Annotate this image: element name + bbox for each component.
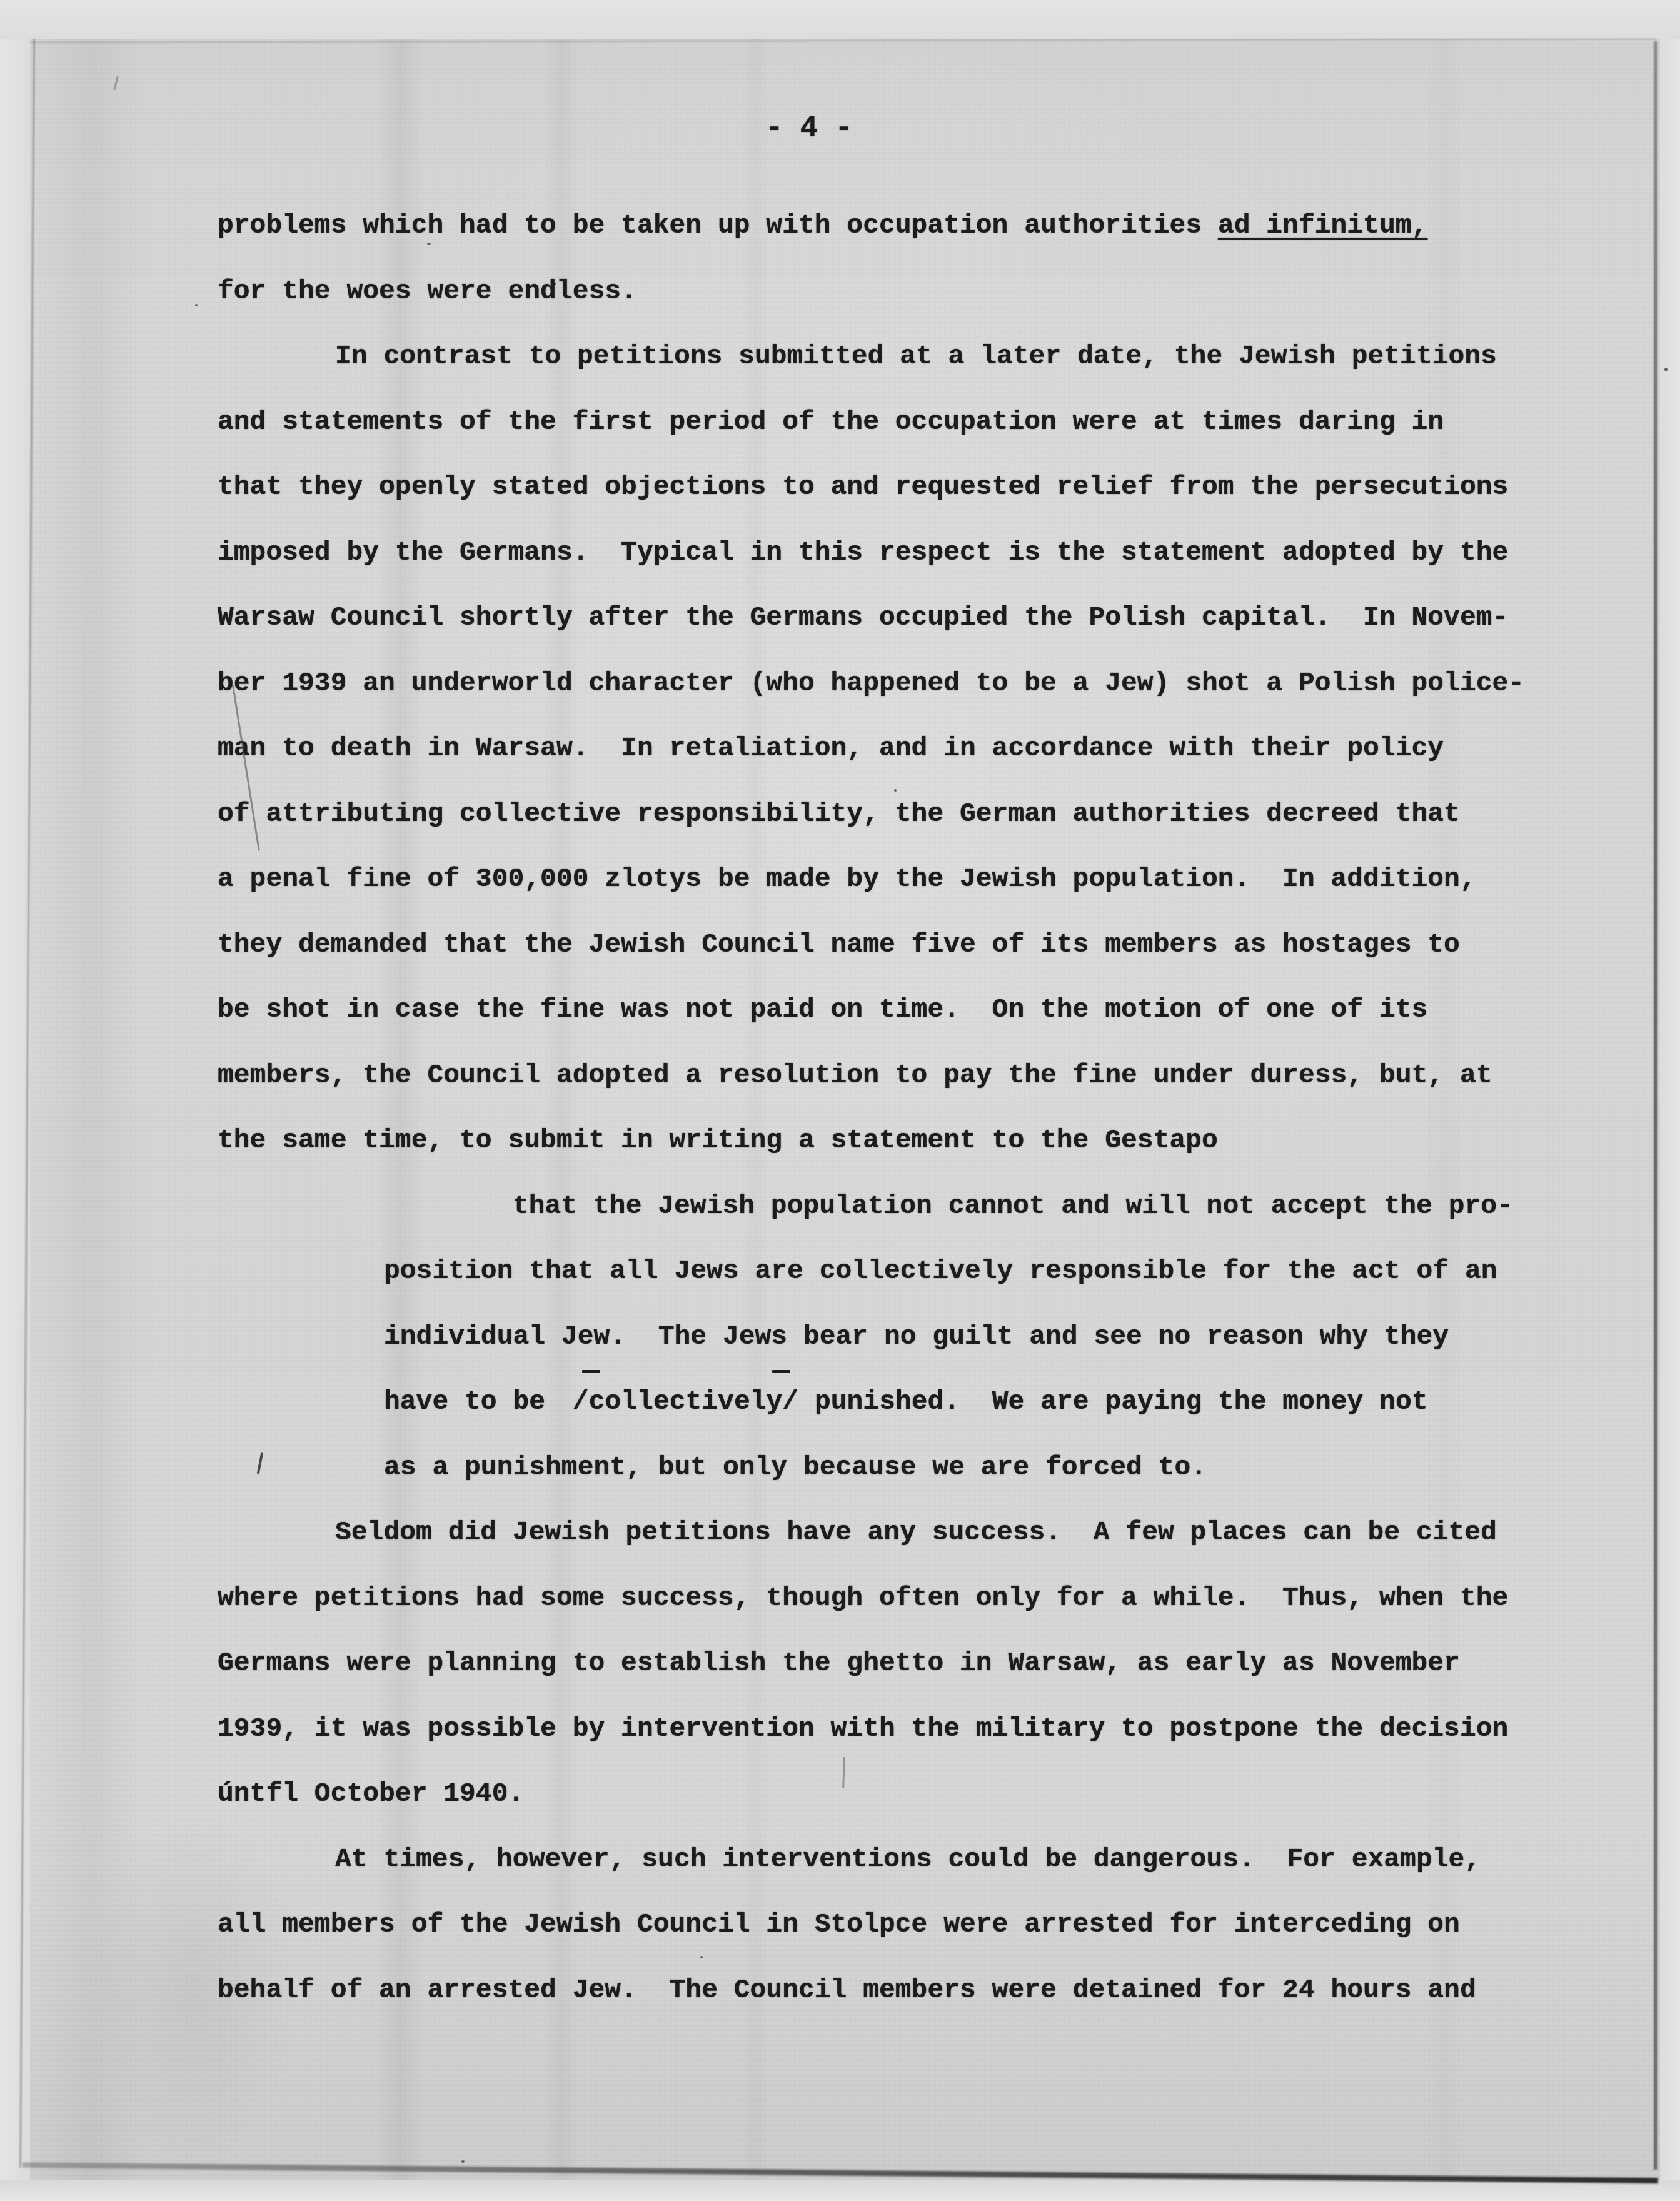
text-line: 1939, it was possible by intervention wi… bbox=[218, 1696, 1599, 1762]
text-line: they demanded that the Jewish Council na… bbox=[218, 912, 1599, 978]
text-line: Warsaw Council shortly after the Germans… bbox=[218, 585, 1599, 651]
text-line: At times, however, such interventions co… bbox=[218, 1827, 1599, 1893]
text-bracket-open: / bbox=[573, 1369, 589, 1435]
text-underline: ad infinitum, bbox=[1218, 210, 1427, 241]
text-run: that they openly stated objections to an… bbox=[218, 471, 1508, 502]
text-run: At times, however, such interventions co… bbox=[335, 1844, 1481, 1875]
text-line: members, the Council adopted a resolutio… bbox=[218, 1043, 1599, 1109]
text-line: ber 1939 an underworld character (who ha… bbox=[218, 651, 1599, 717]
text-line: for the woes were endless. bbox=[218, 259, 1599, 325]
text-bracket-close: / bbox=[782, 1369, 798, 1435]
scan-speck bbox=[1664, 368, 1668, 371]
text-line: as a punishment, but only because we are… bbox=[218, 1435, 1599, 1501]
text-run: position that all Jews are collectively … bbox=[384, 1256, 1497, 1286]
text-line: man to death in Warsaw. In retaliation, … bbox=[218, 716, 1599, 782]
text-run: behalf of an arrested Jew. The Council m… bbox=[218, 1975, 1476, 2005]
text-line: that the Jewish population cannot and wi… bbox=[218, 1174, 1599, 1239]
text-run: all members of the Jewish Council in Sto… bbox=[218, 1909, 1460, 1940]
scan-margin-top bbox=[0, 0, 1680, 39]
text-run: 1939, it was possible by intervention wi… bbox=[218, 1713, 1508, 1744]
text-run: individual Jew. The Jews bear no guilt a… bbox=[384, 1321, 1449, 1352]
text-line: be shot in case the fine was not paid on… bbox=[218, 977, 1599, 1043]
text-line: Germans were planning to establish the g… bbox=[218, 1631, 1599, 1696]
scanned-document-page: - 4 - problems which had to be taken up … bbox=[0, 0, 1680, 2201]
scan-margin-bottom bbox=[0, 2180, 1680, 2201]
text-run: as a punishment, but only because we are… bbox=[384, 1452, 1207, 1483]
text-line: of attributing collective responsibility… bbox=[218, 782, 1599, 847]
text-line: In contrast to petitions submitted at a … bbox=[218, 324, 1599, 390]
text-line: úntfl October 1940. bbox=[218, 1761, 1599, 1827]
text-run: collectively bbox=[589, 1386, 783, 1417]
scan-margin-left bbox=[0, 0, 30, 2201]
text-line: where petitions had some success, though… bbox=[218, 1566, 1599, 1631]
scan-speck bbox=[894, 789, 897, 792]
text-line: and statements of the first period of th… bbox=[218, 390, 1599, 455]
text-run: members, the Council adopted a resolutio… bbox=[218, 1060, 1492, 1090]
text-line: all members of the Jewish Council in Sto… bbox=[218, 1892, 1599, 1958]
text-line: that they openly stated objections to an… bbox=[218, 455, 1599, 520]
scan-speck bbox=[461, 2160, 465, 2163]
text-run: imposed by the Germans. Typical in this … bbox=[218, 537, 1508, 568]
text-line: imposed by the Germans. Typical in this … bbox=[218, 520, 1599, 586]
text-run: of attributing collective responsibility… bbox=[218, 798, 1460, 829]
text-line: problems which had to be taken up with o… bbox=[218, 193, 1599, 259]
page-number: - 4 - bbox=[765, 114, 852, 144]
text-run: for the woes were endless. bbox=[218, 276, 637, 306]
text-run: punished. We are paying the money not bbox=[798, 1386, 1427, 1417]
text-run: where petitions had some success, though… bbox=[218, 1583, 1508, 1613]
scan-speck bbox=[554, 283, 556, 285]
text-line: individual Jew. The Jews bear no guilt a… bbox=[218, 1304, 1599, 1370]
text-line: position that all Jews are collectively … bbox=[218, 1239, 1599, 1304]
text-run: Germans were planning to establish the g… bbox=[218, 1648, 1460, 1678]
text-run: be shot in case the fine was not paid on… bbox=[218, 994, 1427, 1025]
text-run: have to be bbox=[384, 1386, 561, 1417]
text-run: that the Jewish population cannot and wi… bbox=[513, 1191, 1513, 1221]
text-run: problems which had to be taken up with o… bbox=[218, 210, 1218, 241]
text-run: a penal fine of 300,000 zlotys be made b… bbox=[218, 864, 1476, 894]
text-run: the same time, to submit in writing a st… bbox=[218, 1125, 1218, 1156]
document-text: problems which had to be taken up with o… bbox=[218, 193, 1599, 2023]
text-run: man to death in Warsaw. In retaliation, … bbox=[218, 733, 1444, 763]
text-run: In contrast to petitions submitted at a … bbox=[335, 341, 1497, 371]
text-run: they demanded that the Jewish Council na… bbox=[218, 929, 1460, 960]
text-line: a penal fine of 300,000 zlotys be made b… bbox=[218, 847, 1599, 912]
text-run: Warsaw Council shortly after the Germans… bbox=[218, 602, 1508, 633]
text-run: and statements of the first period of th… bbox=[218, 406, 1444, 437]
scan-speck bbox=[700, 1956, 703, 1958]
text-run: úntfl October 1940. bbox=[218, 1778, 524, 1809]
text-line: the same time, to submit in writing a st… bbox=[218, 1108, 1599, 1174]
text-line: Seldom did Jewish petitions have any suc… bbox=[218, 1500, 1599, 1566]
scan-margin-right bbox=[1660, 0, 1680, 2201]
scan-speck bbox=[195, 304, 198, 306]
scan-speck bbox=[427, 243, 431, 245]
text-line: behalf of an arrested Jew. The Council m… bbox=[218, 1958, 1599, 2023]
paper-right-edge bbox=[1654, 41, 1657, 2170]
text-run: Seldom did Jewish petitions have any suc… bbox=[335, 1517, 1497, 1548]
text-line: have to be /collectively/ punished. We a… bbox=[218, 1369, 1599, 1435]
text-run: ber 1939 an underworld character (who ha… bbox=[218, 668, 1524, 698]
